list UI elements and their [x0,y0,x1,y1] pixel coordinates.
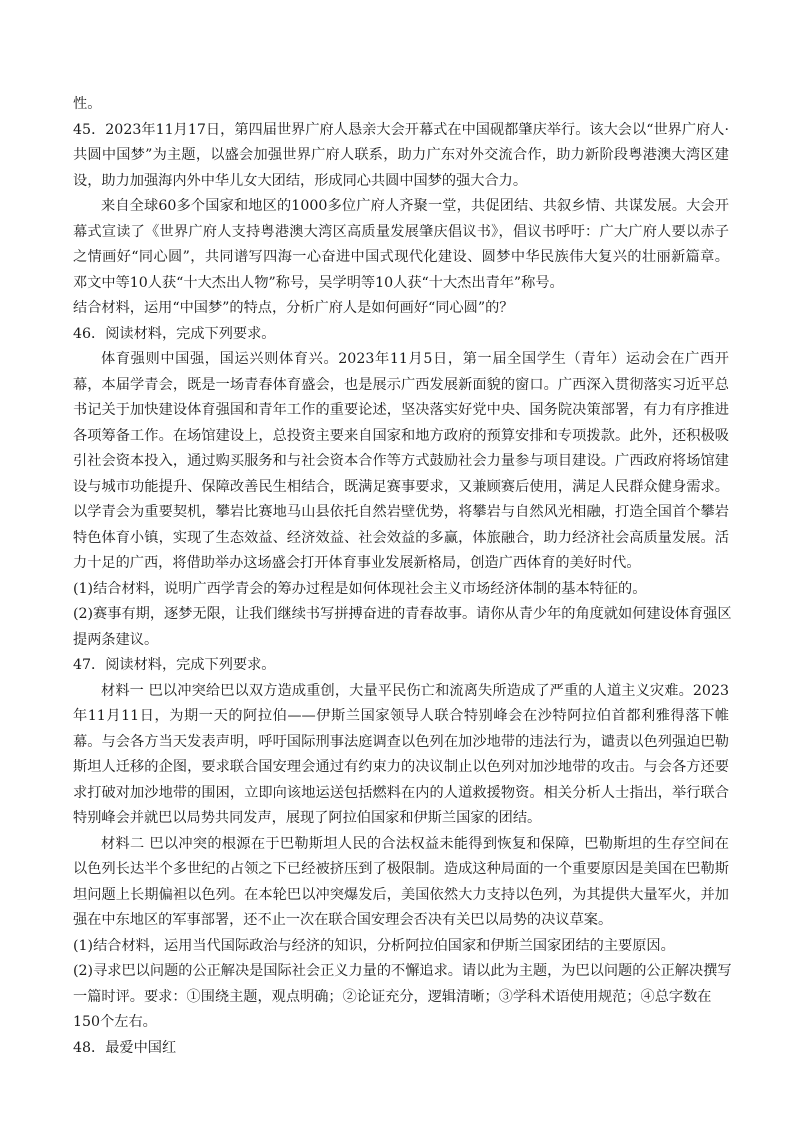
text-line: 之情画好“同心圆”，共同谱写四海一心奋进中国式现代化建设、圆梦中华民族伟大复兴的… [73,245,729,271]
text-line: 一篇时评。要求：①围绕主题，观点明确；②论证充分，逻辑清晰；③学科术语使用规范；… [73,985,729,1011]
text-line: 材料二 巴以冲突的根源在于巴勒斯坦人民的合法权益未能得到恢复和保障，巴勒斯坦的生… [73,832,729,858]
text-line: 材料一 巴以冲突给巴以双方造成重创，大量平民伤亡和流离失所造成了严重的人道主义灾… [73,679,729,705]
text-line: 来自全球60多个国家和地区的1000多位广府人齐聚一堂，共促团结、共叙乡情、共谋… [73,194,729,220]
text-line: 强在中东地区的军事部署，还不止一次在联合国安理会否决有关巴以局势的决议草案。 [73,908,729,934]
text-line: 150个左右。 [73,1010,729,1036]
text-line: 性。 [73,92,729,118]
text-line: 邓文中等10人获“十大杰出人物”称号，吴学明等10人获“十大杰出青年”称号。 [73,271,729,297]
text-line: 46．阅读材料，完成下列要求。 [73,322,729,348]
text-line: 年11月11日，为期一天的阿拉伯——伊斯兰国家领导人联合特别峰会在沙特阿拉伯首都… [73,704,729,730]
text-line: (2)寻求巴以问题的公正解决是国际社会正义力量的不懈追求。请以此为主题，为巴以问… [73,959,729,985]
text-line: 提两条建议。 [73,628,729,654]
text-line: 以色列长达半个多世纪的占领之下已经被挤压到了极限制。造成这种局面的一个重要原因是… [73,857,729,883]
text-line: 坦问题上长期偏袒以色列。在本轮巴以冲突爆发后，美国依然大力支持以色列，为其提供大… [73,883,729,909]
text-line: 力十足的广西，将借助举办这场盛会打开体育事业发展新格局，创造广西体育的美好时代。 [73,551,729,577]
text-line: 47．阅读材料，完成下列要求。 [73,653,729,679]
text-line: 设，助力加强海内外中华儿女大团结，形成同心共圆中国梦的强大合力。 [73,169,729,195]
text-line: 48．最爱中国红 [73,1036,729,1062]
text-line: 引社会资本投入，通过购买服务和与社会资本合作等方式鼓励社会力量参与项目建设。广西… [73,449,729,475]
text-line: (2)赛事有期，逐梦无限，让我们继续书写拼搏奋进的青春故事。请你从青少年的角度就… [73,602,729,628]
text-line: (1)结合材料，运用当代国际政治与经济的知识，分析阿拉伯国家和伊斯兰国家团结的主… [73,934,729,960]
text-line: 各项筹备工作。在场馆建设上，总投资主要来自国家和地方政府的预算安排和专项拨款。此… [73,424,729,450]
text-line: 共圆中国梦”为主题，以盛会加强世界广府人联系，助力广东对外交流合作，助力新阶段粤… [73,143,729,169]
text-line: 以学青会为重要契机，攀岩比赛地马山县依托自然岩壁优势，将攀岩与自然风光相融，打造… [73,500,729,526]
text-line: 斯坦人迁移的企图，要求联合国安理会通过有约束力的决议制止以色列对加沙地带的攻击。… [73,755,729,781]
text-line: 结合材料，运用“中国梦”的特点，分析广府人是如何画好“同心圆”的？ [73,296,729,322]
text-line: 幕。与会各方当天发表声明，呼吁国际刑事法庭调查以色列在加沙地带的违法行为，谴责以… [73,730,729,756]
text-line: 书记关于加快建设体育强国和青年工作的重要论述，坚决落实好党中央、国务院决策部署，… [73,398,729,424]
text-line: 幕式宣读了《世界广府人支持粤港澳大湾区高质量发展肇庆倡议书》，倡议书呼吁：广大广… [73,220,729,246]
text-line: (1)结合材料，说明广西学青会的筹办过程是如何体现社会主义市场经济体制的基本特征… [73,577,729,603]
text-line: 求打破对加沙地带的围困，立即向该地运送包括燃料在内的人道救援物资。相关分析人士指… [73,781,729,807]
text-line: 体育强则中国强，国运兴则体育兴。2023年11月5日，第一届全国学生（青年）运动… [73,347,729,373]
text-line: 特别峰会并就巴以局势共同发声，展现了阿拉伯国家和伊斯兰国家的团结。 [73,806,729,832]
text-line: 45．2023年11月17日，第四届世界广府人恳亲大会开幕式在中国砚都肇庆举行。… [73,118,729,144]
text-line: 设与城市功能提升、保障改善民生相结合，既满足赛事要求，又兼顾赛后使用，满足人民群… [73,475,729,501]
text-line: 特色体育小镇，实现了生态效益、经济效益、社会效益的多赢，体旅融合，助力经济社会高… [73,526,729,552]
text-line: 幕，本届学青会，既是一场青春体育盛会，也是展示广西发展新面貌的窗口。广西深入贯彻… [73,373,729,399]
document-page: 性。45．2023年11月17日，第四届世界广府人恳亲大会开幕式在中国砚都肇庆举… [73,92,729,1061]
